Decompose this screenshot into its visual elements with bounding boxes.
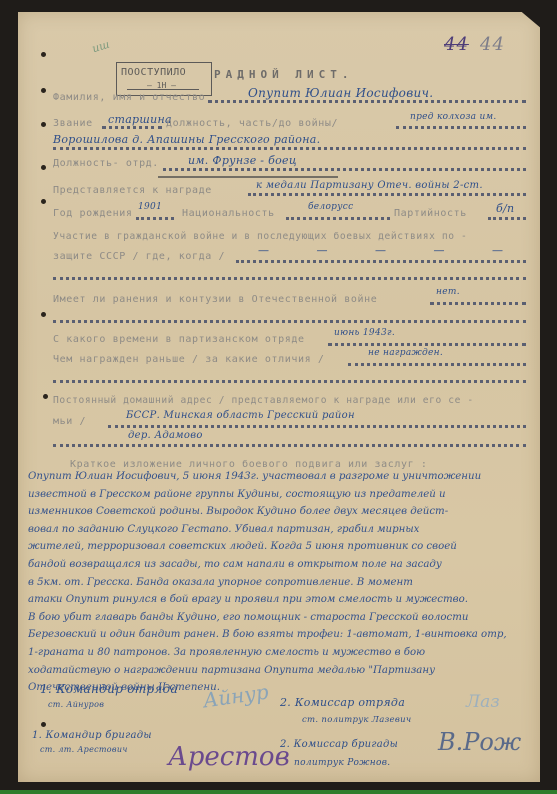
signer-2-name: ст. политрук Лазевич [302, 715, 411, 725]
nationality-value: белорусс [308, 202, 353, 212]
bottom-strip [0, 790, 557, 794]
position-dotted-line-2 [53, 147, 526, 150]
position-label: должность, часть/до войны/ [166, 118, 338, 129]
signer-4-title: 2. Комиссар бригады [280, 739, 398, 750]
previous-awards-dotted-line [348, 363, 526, 366]
civil-war-label-line2: защите СССР / где, когда / [53, 251, 225, 262]
narrative-line: вовал по заданию Слуцкого Гестапо. Убива… [28, 521, 543, 539]
previous-awards-label: Чем награжден раньше / за какие отличия … [53, 354, 324, 365]
award-dotted-line [248, 193, 526, 196]
address-label-line2: мьи / [53, 416, 86, 427]
previous-awards-dotted-line-2 [53, 380, 526, 383]
award-value: к медали Партизану Отеч. войны 2-ст. [256, 180, 483, 191]
punch-hole [43, 394, 48, 399]
narrative-line: 1-граната и 80 патронов. За проявленную … [28, 644, 543, 662]
position-value-line1: пред колхоза им. [410, 112, 497, 122]
narrative-line: жителей, терроризовал советских людей. К… [28, 538, 543, 556]
birth-year-value: 1901 [138, 202, 162, 212]
civil-war-dotted-line [236, 260, 526, 263]
narrative-line: Опупит Юлиан Иосифович, 5 июня 1943г. уч… [28, 468, 543, 486]
rank-dotted-line [102, 126, 162, 129]
signer-2-title: 2. Комиссар отряда [280, 696, 405, 709]
signer-3-title: 1. Командир бригады [32, 730, 152, 741]
stamp-label: ПООСТУПИЛО [121, 67, 186, 78]
rank-label: Звание [53, 118, 93, 129]
wounds-value: нет. [436, 287, 460, 297]
received-stamp: ПООСТУПИЛО — 1Н — [116, 62, 212, 96]
page-number: 44 [480, 34, 505, 55]
ink-stroke [158, 176, 338, 178]
narrative-line: известной в Гресском районе группы Кудин… [28, 486, 543, 504]
unit-label: Должность- отрд. [53, 158, 159, 169]
archive-corner-mark: иш [90, 38, 111, 56]
punch-hole [41, 722, 46, 727]
signer-4-name: политрук Рожнов. [294, 758, 390, 768]
page-number-crossed: 44 [444, 34, 469, 55]
birth-year-dotted-line [136, 217, 174, 220]
civil-war-value: — — — — — [258, 244, 525, 257]
wounds-dotted-line [430, 302, 526, 305]
position-dotted-line [396, 126, 526, 129]
narrative-line: Березовский и один бандит ранен. В бою в… [28, 626, 543, 644]
wounds-dotted-line-2 [53, 320, 526, 323]
previous-awards-value: не награжден. [368, 348, 443, 358]
rank-value: старшина [108, 113, 172, 126]
unit-value: им. Фрунзе - боец [188, 154, 297, 167]
wounds-label: Имеет ли ранения и контузии в Отечествен… [53, 294, 377, 305]
narrative-line: атаки Опупит ринулся в бой врагу и прояв… [28, 591, 543, 609]
nationality-dotted-line [286, 217, 390, 220]
address-dotted-line [108, 425, 526, 428]
civil-war-dotted-line-2 [53, 277, 526, 280]
document-title: РАДНОЙ ЛИСТ. [214, 68, 353, 81]
address-label-line1: Постоянный домашний адрес / представляем… [53, 395, 474, 406]
partisan-since-dotted-line [328, 343, 526, 346]
address-value-line2: дер. Адамово [128, 430, 203, 441]
narrative-text: Опупит Юлиан Иосифович, 5 июня 1943г. уч… [28, 468, 543, 697]
signature-4: В.Рож [438, 728, 521, 756]
narrative-line: изменников Советской родины. Выродок Куд… [28, 503, 543, 521]
position-value-line2: Ворошилова д. Апашины Гресского района. [53, 133, 320, 146]
address-value-line1: БССР. Минская область Гресский район [126, 410, 355, 421]
punch-hole [41, 199, 46, 204]
party-dotted-line [488, 217, 526, 220]
narrative-line: бандой возвращался из засады, то сам нап… [28, 556, 543, 574]
document-sheet: иш 44 44 ПООСТУПИЛО — 1Н — РАДНОЙ ЛИСТ. … [18, 12, 540, 782]
signature-2: Лаз [466, 692, 500, 712]
partisan-since-label: С какого времени в партизанском отряде [53, 334, 305, 345]
punch-hole [41, 52, 46, 57]
nationality-label: Национальность [182, 208, 275, 219]
name-label: Фамилия, имя и отчество [53, 92, 205, 103]
unit-dotted-line [163, 168, 526, 171]
signer-1-name: ст. Айнуров [48, 700, 104, 709]
party-label: Партийность [394, 208, 467, 219]
punch-hole [41, 88, 46, 93]
party-value: б/п [496, 202, 514, 215]
narrative-line: В бою убит главарь банды Кудино, его пом… [28, 609, 543, 627]
name-value: Опупит Юлиан Иосифович. [248, 86, 433, 100]
name-dotted-line [208, 100, 526, 103]
punch-hole [41, 312, 46, 317]
punch-hole [41, 165, 46, 170]
signer-3-name: ст. лт. Арестович [40, 745, 128, 754]
signature-3: Арестов [168, 742, 290, 772]
civil-war-label-line1: Участие в гражданской войне и в последую… [53, 231, 467, 242]
narrative-line: в 5км. от. Гресска. Банда оказала упорно… [28, 574, 543, 592]
stamp-date: — 1Н — [147, 81, 176, 90]
punch-hole [41, 122, 46, 127]
partisan-since-value: июнь 1943г. [334, 328, 395, 338]
award-label: Представляется к награде [53, 185, 212, 196]
address-dotted-line-2 [53, 444, 526, 447]
narrative-line: ходатайствую о награждении партизана Опу… [28, 662, 543, 680]
signer-1-title: 1. Командир отряда [40, 682, 178, 696]
birth-year-label: Год рождения [53, 208, 132, 219]
